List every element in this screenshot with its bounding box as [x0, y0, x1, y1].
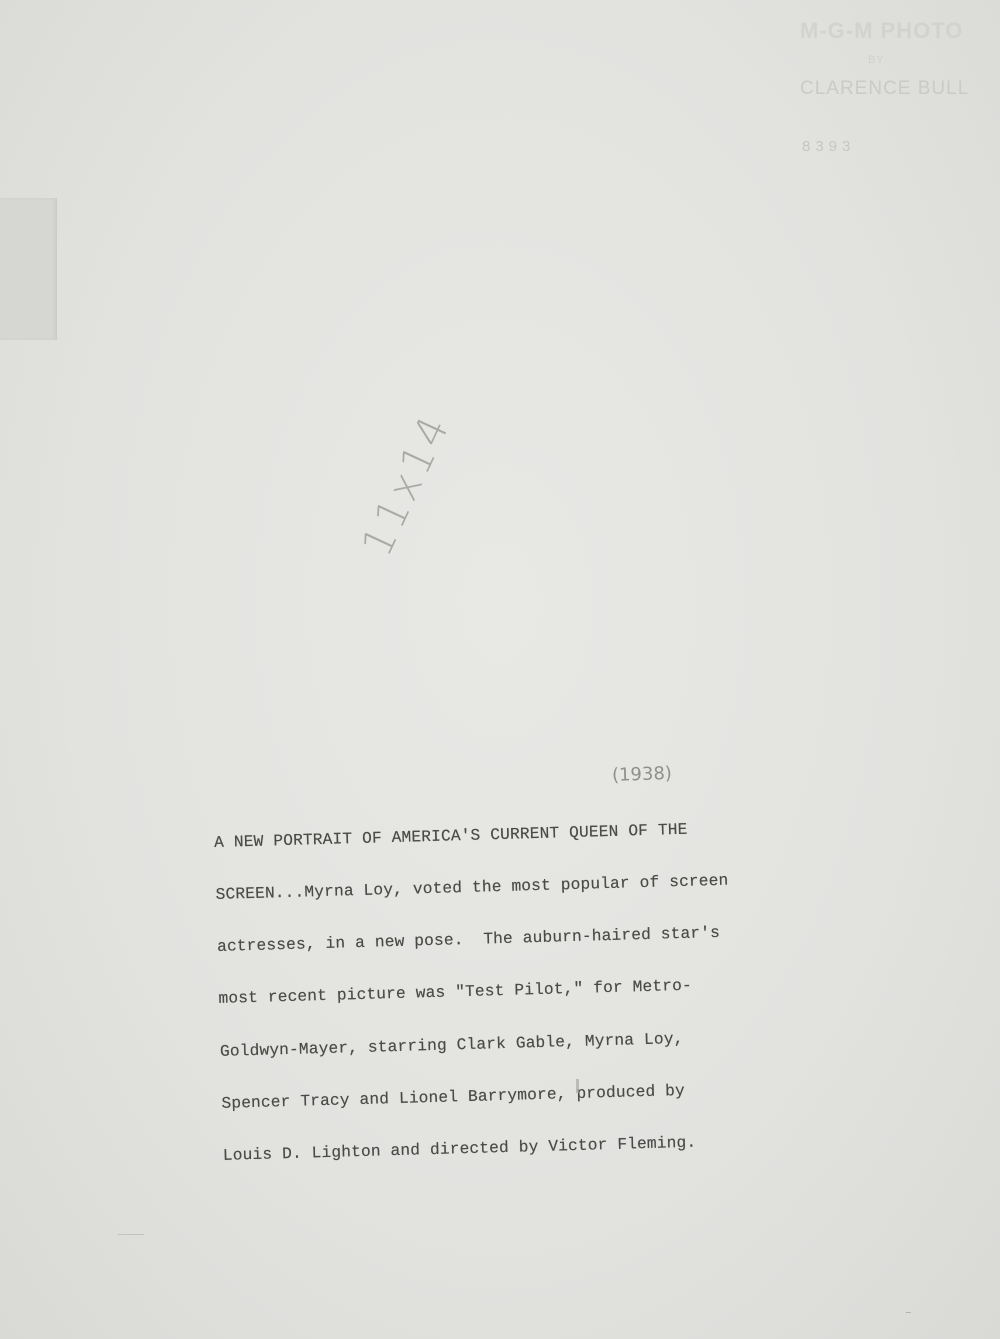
caption-line: Louis D. Lighton and directed by Victor …	[223, 1131, 843, 1166]
tape-residue	[0, 198, 57, 340]
handwritten-year: (1938)	[612, 763, 673, 786]
corner-smudge: ~	[905, 1308, 912, 1317]
caption-line: SCREEN...Myrna Loy, voted the most popul…	[215, 870, 835, 905]
paper-blemish	[118, 1234, 144, 1235]
stamp-number: 8393	[802, 138, 855, 155]
caption-line: actresses, in a new pose. The auburn-hai…	[217, 922, 837, 957]
caption-line: Goldwyn-Mayer, starring Clark Gable, Myr…	[220, 1026, 840, 1061]
pencil-mark	[576, 1079, 579, 1093]
handwritten-size-note: 11x14	[352, 405, 461, 563]
stamp-photographer: CLARENCE BULL	[800, 78, 969, 100]
caption-line: A NEW PORTRAIT OF AMERICA'S CURRENT QUEE…	[214, 817, 834, 852]
caption-line: Spencer Tracy and Lionel Barrymore, prod…	[221, 1078, 841, 1113]
stamp-studio: M-G-M PHOTO	[800, 18, 963, 44]
stamp-by: BY	[868, 54, 885, 66]
caption-line: most recent picture was "Test Pilot," fo…	[218, 974, 838, 1009]
typed-caption: A NEW PORTRAIT OF AMERICA'S CURRENT QUEE…	[213, 783, 843, 1183]
